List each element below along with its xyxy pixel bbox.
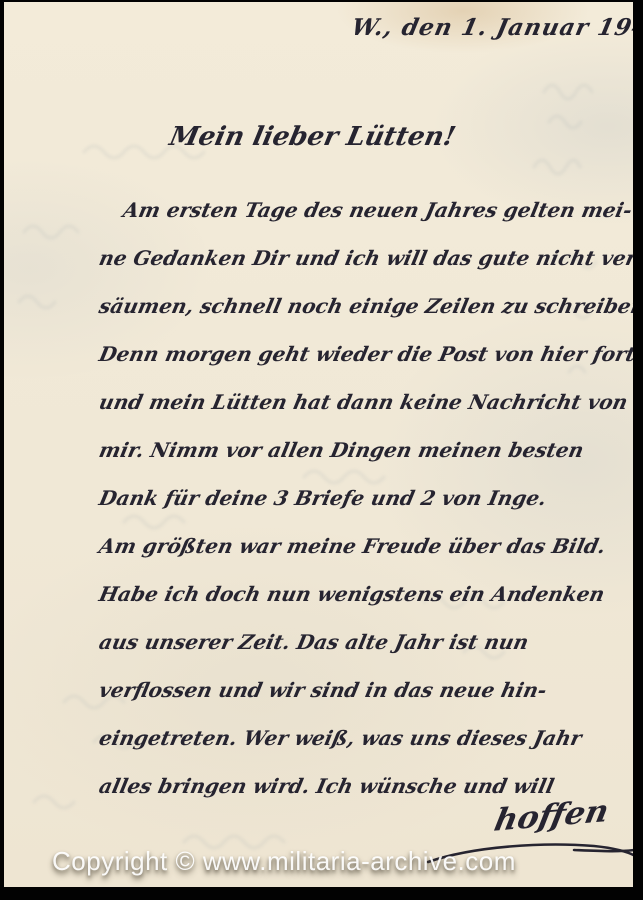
handwriting-line: eingetreten. Wer weiß, was uns dieses Ja… [94,716,616,764]
handwriting-line: Habe ich doch nun wenigstens ein Andenke… [94,572,616,620]
handwriting-line: säumen, schnell noch einige Zeilen zu sc… [94,284,616,332]
handwriting-line: Denn morgen geht wieder die Post von hie… [94,332,616,380]
handwriting-line: ne Gedanken Dir und ich will das gute ni… [94,236,616,284]
handwriting-line: Am ersten Tage des neuen Jahres gelten m… [94,188,616,236]
handwriting-line: mir. Nimm vor allen Dingen meinen besten [94,428,616,476]
copyright-watermark: Copyright © www.militaria-archive.com [52,846,516,877]
salutation: Mein lieber Lütten! [167,122,458,152]
handwriting-line: Am größten war meine Freude über das Bil… [94,524,616,572]
letter-page: W., den 1. Januar 1942. Mein lieber Lütt… [4,2,633,887]
letter-body: Am ersten Tage des neuen Jahres gelten m… [94,188,606,812]
handwriting-line: verflossen und wir sind in das neue hin- [94,668,616,716]
handwriting-line: aus unserer Zeit. Das alte Jahr ist nun [94,620,616,668]
handwriting-line: und mein Lütten hat dann keine Nachricht… [94,380,616,428]
handwriting-line: Dank für deine 3 Briefe und 2 von Inge. [94,476,616,524]
date-line: W., den 1. Januar 1942. [349,14,633,41]
scan-frame: W., den 1. Januar 1942. Mein lieber Lütt… [0,0,643,900]
